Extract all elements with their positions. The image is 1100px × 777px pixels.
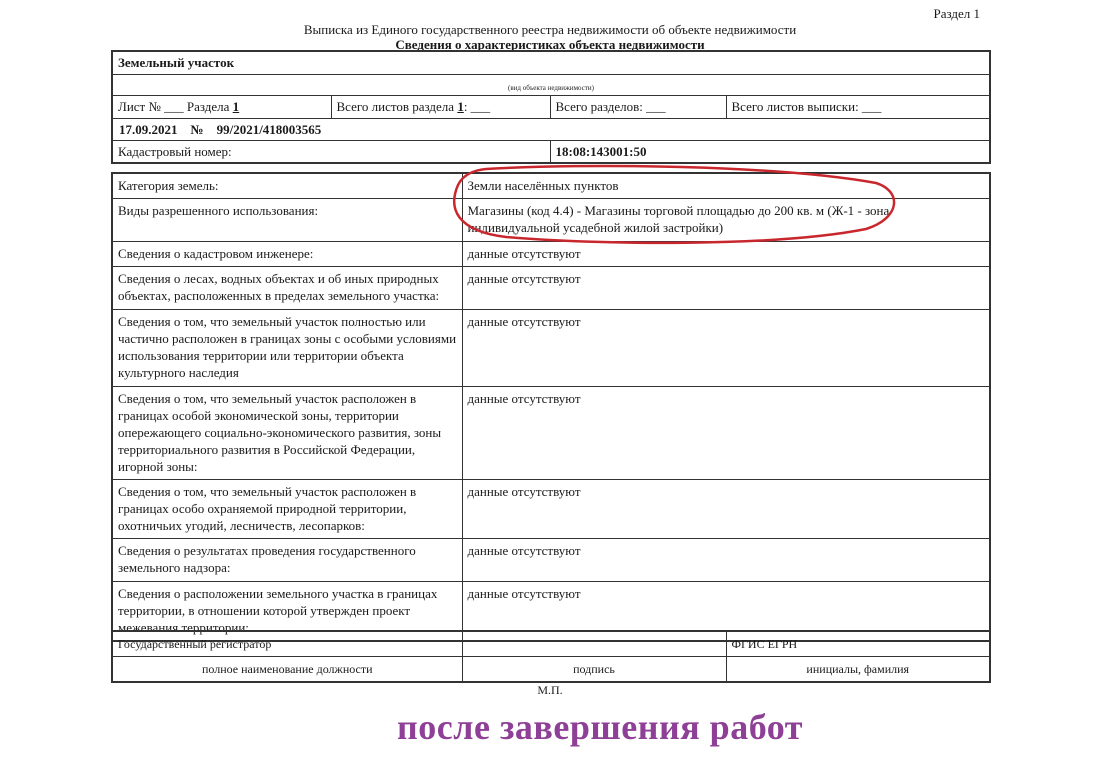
table-row: Виды разрешенного использования:Магазины… bbox=[112, 199, 990, 242]
row-label: Сведения о том, что земельный участок по… bbox=[112, 310, 462, 387]
row-label: Сведения о лесах, водных объектах и об и… bbox=[112, 267, 462, 310]
row-value: данные отсутствуют bbox=[462, 387, 990, 480]
sheet-number: Лист № ___ Раздела 1 bbox=[112, 96, 331, 119]
object-type-caption: (вид объекта недвижимости) bbox=[112, 75, 990, 96]
extract-date: 17.09.2021 bbox=[119, 122, 178, 137]
row-value: Магазины (код 4.4) - Магазины торговой п… bbox=[462, 199, 990, 242]
table-row: Сведения о лесах, водных объектах и об и… bbox=[112, 267, 990, 310]
document-title: Выписка из Единого государственного реес… bbox=[0, 22, 1100, 38]
row-label: Сведения о кадастровом инженере: bbox=[112, 242, 462, 267]
row-value: данные отсутствуют bbox=[462, 310, 990, 387]
cadastral-label: Кадастровый номер: bbox=[112, 141, 550, 164]
row-label: Сведения о том, что земельный участок ра… bbox=[112, 480, 462, 539]
table-row: Сведения о кадастровом инженере:данные о… bbox=[112, 242, 990, 267]
registrar-position: Государственный регистратор bbox=[112, 631, 462, 657]
total-sections: Всего разделов: ___ bbox=[550, 96, 726, 119]
characteristics-table: Категория земель:Земли населённых пункто… bbox=[111, 172, 991, 642]
table-row: Сведения о том, что земельный участок ра… bbox=[112, 387, 990, 480]
section-label: Раздел 1 bbox=[933, 6, 980, 22]
extract-number: 99/2021/418003565 bbox=[217, 122, 322, 137]
row-value: данные отсутствуют bbox=[462, 242, 990, 267]
table-row: Сведения о том, что земельный участок ра… bbox=[112, 480, 990, 539]
caption-name: инициалы, фамилия bbox=[726, 657, 990, 683]
row-label: Виды разрешенного использования: bbox=[112, 199, 462, 242]
row-value: Земли населённых пунктов bbox=[462, 173, 990, 199]
cadastral-number: 18:08:143001:50 bbox=[550, 141, 990, 164]
registrar-name: ФГИС ЕГРН bbox=[726, 631, 990, 657]
total-sheets-extract: Всего листов выписки: ___ bbox=[726, 96, 990, 119]
row-label: Сведения о результатах проведения госуда… bbox=[112, 539, 462, 582]
sheet-section-value: 1 bbox=[233, 99, 240, 114]
caption-signature: подпись bbox=[462, 657, 726, 683]
row-label: Категория земель: bbox=[112, 173, 462, 199]
object-type: Земельный участок bbox=[112, 51, 990, 75]
signature-table: Государственный регистратор ФГИС ЕГРН по… bbox=[111, 630, 991, 683]
stamp-label: М.П. bbox=[0, 683, 1100, 698]
row-value: данные отсутствуют bbox=[462, 539, 990, 582]
table-row: Сведения о результатах проведения госуда… bbox=[112, 539, 990, 582]
table-row: Категория земель:Земли населённых пункто… bbox=[112, 173, 990, 199]
caption-position: полное наименование должности bbox=[112, 657, 462, 683]
row-value: данные отсутствуют bbox=[462, 267, 990, 310]
extract-date-number: 17.09.2021 № 99/2021/418003565 bbox=[112, 119, 990, 141]
row-value: данные отсутствуют bbox=[462, 480, 990, 539]
total-sheets-section: Всего листов раздела 1: ___ bbox=[331, 96, 550, 119]
extract-header-table: Земельный участок (вид объекта недвижимо… bbox=[111, 50, 991, 164]
table-row: Сведения о том, что земельный участок по… bbox=[112, 310, 990, 387]
annotation-banner: после завершения работ bbox=[0, 706, 1100, 748]
row-label: Сведения о том, что земельный участок ра… bbox=[112, 387, 462, 480]
registrar-signature bbox=[462, 631, 726, 657]
